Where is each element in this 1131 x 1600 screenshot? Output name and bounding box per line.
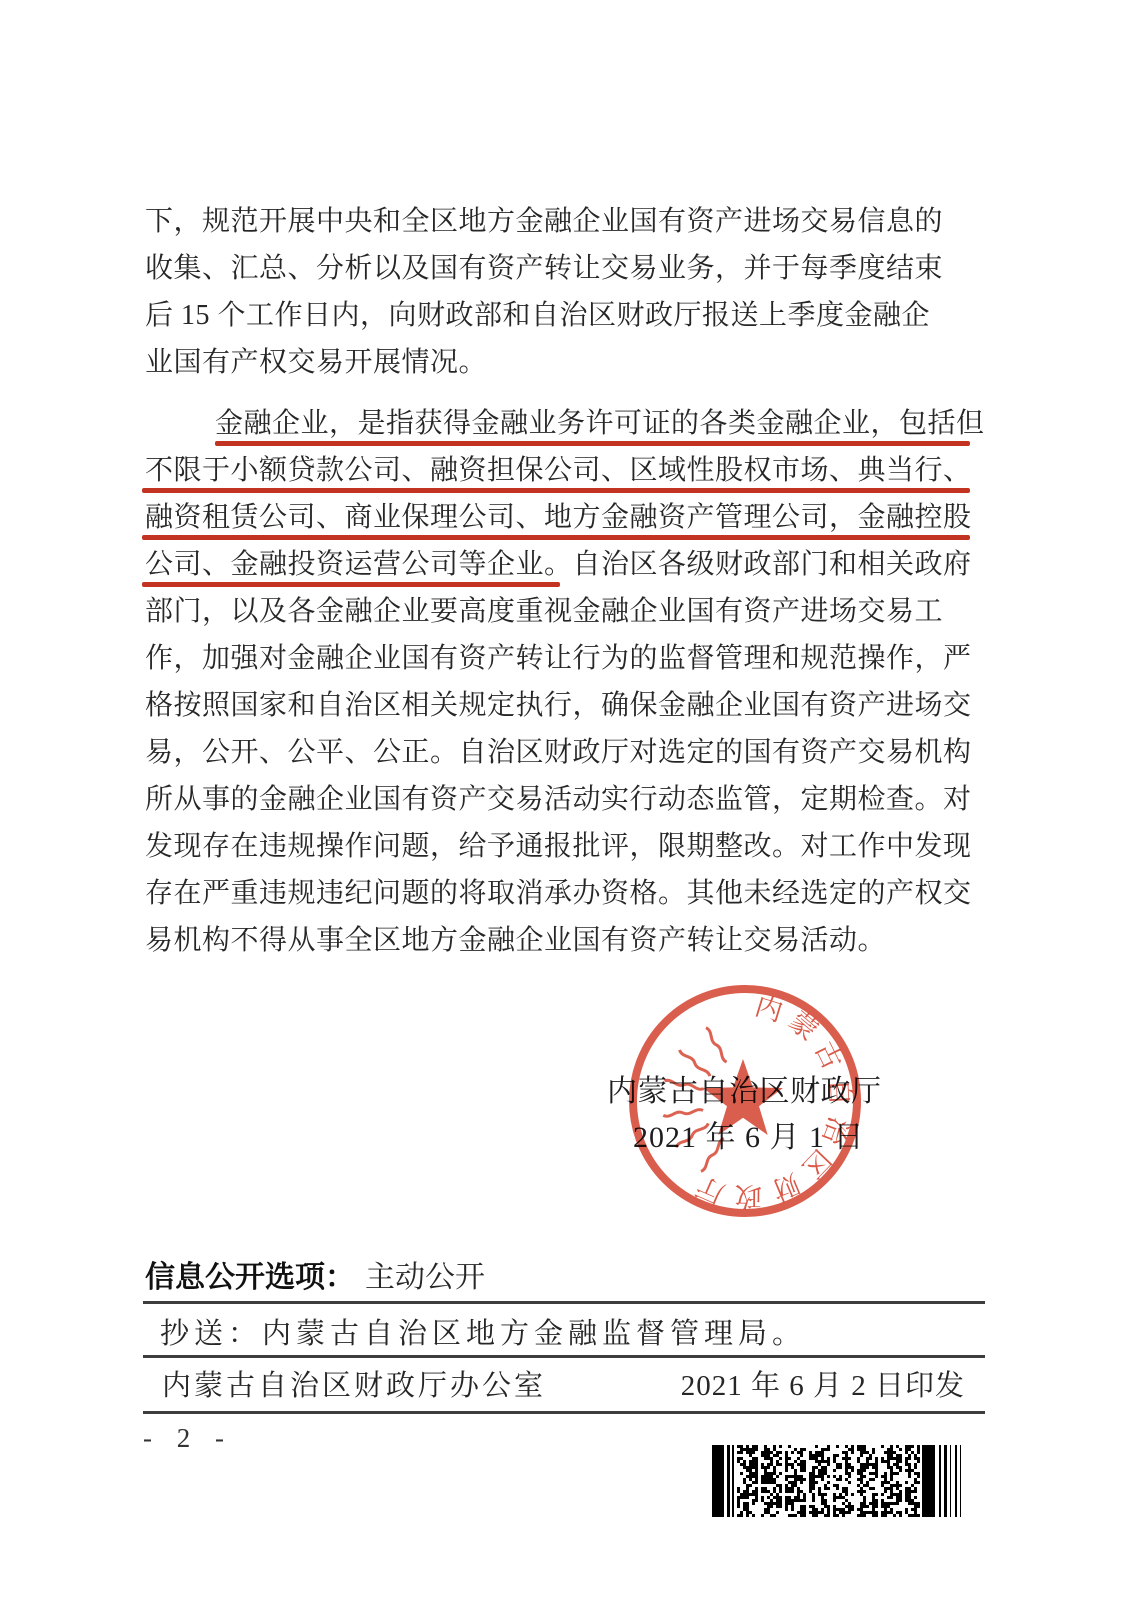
issuer-row: 内蒙古自治区财政厅办公室 2021 年 6 月 2 日印发 bbox=[162, 1363, 965, 1404]
body-text: 下，规范开展中央和全区地方金融企业国有资产进场交易信息的收集、汇总、分析以及国有… bbox=[145, 202, 969, 968]
text-line: 业国有产权交易开展情况。 bbox=[145, 343, 969, 390]
text-line: 发现存在违规操作问题，给予通报批评，限期整改。对工作中发现 bbox=[145, 827, 969, 874]
text-line: 所从事的金融企业国有资产交易活动实行动态监管，定期检查。对 bbox=[145, 780, 969, 827]
text-line: 易机构不得从事全区地方金融企业国有资产转让交易活动。 bbox=[145, 921, 969, 968]
red-underline bbox=[142, 582, 560, 587]
text-line: 存在严重违规违纪问题的将取消承办资格。其他未经选定的产权交 bbox=[145, 874, 969, 921]
text-line: 融资租赁公司、商业保理公司、地方金融资产管理公司，金融控股 bbox=[145, 498, 969, 545]
document-page: 下，规范开展中央和全区地方金融企业国有资产进场交易信息的收集、汇总、分析以及国有… bbox=[0, 0, 1131, 1600]
text-line: 收集、汇总、分析以及国有资产转让交易业务，并于每季度结束 bbox=[145, 249, 969, 296]
info-disclosure-value: 主动公开 bbox=[365, 1261, 485, 1294]
seal-star-icon bbox=[703, 1059, 783, 1135]
page-number: - 2 - bbox=[143, 1423, 233, 1454]
text-line: 格按照国家和自治区相关规定执行，确保金融企业国有资产进场交 bbox=[145, 686, 969, 733]
cc-value: 内蒙古自治区地方金融监督管理局。 bbox=[262, 1318, 806, 1350]
cc-row: 抄送：内蒙古自治区地方金融监督管理局。 bbox=[160, 1311, 806, 1352]
print-date: 2021 年 6 月 2 日印发 bbox=[681, 1363, 965, 1404]
text-line: 部门，以及各金融企业要高度重视金融企业国有资产进场交易工 bbox=[145, 592, 969, 639]
red-underline bbox=[215, 441, 970, 446]
seal-mongolian-script bbox=[663, 1027, 727, 1173]
text-line: 作，加强对金融企业国有资产转让行为的监督管理和规范操作，严 bbox=[145, 639, 969, 686]
issuer-office: 内蒙古自治区财政厅办公室 bbox=[162, 1363, 546, 1404]
text-line: 公司、金融投资运营公司等企业。自治区各级财政部门和相关政府 bbox=[145, 545, 969, 592]
text-line: 金融企业，是指获得金融业务许可证的各类金融企业，包括但 bbox=[145, 404, 969, 451]
text-line: 下，规范开展中央和全区地方金融企业国有资产进场交易信息的 bbox=[145, 202, 969, 249]
text-line: 易，公开、公平、公正。自治区财政厅对选定的国有资产交易机构 bbox=[145, 733, 969, 780]
official-seal: 内蒙古自治区财政厅 bbox=[622, 978, 868, 1224]
divider-rule-top bbox=[143, 1301, 985, 1304]
red-underline bbox=[142, 535, 970, 540]
cc-label: 抄送： bbox=[160, 1318, 262, 1350]
divider-rule-middle bbox=[143, 1355, 985, 1358]
para-1: 下，规范开展中央和全区地方金融企业国有资产进场交易信息的收集、汇总、分析以及国有… bbox=[145, 202, 969, 390]
divider-rule-bottom bbox=[143, 1411, 985, 1414]
para-2: 金融企业，是指获得金融业务许可证的各类金融企业，包括但不限于小额贷款公司、融资担… bbox=[145, 404, 969, 968]
barcode bbox=[712, 1445, 978, 1517]
red-underline bbox=[142, 488, 970, 493]
text-line: 不限于小额贷款公司、融资担保公司、区域性股权市场、典当行、 bbox=[145, 451, 969, 498]
info-disclosure-label: 信息公开选项： bbox=[145, 1261, 355, 1294]
info-disclosure-row: 信息公开选项：主动公开 bbox=[145, 1252, 485, 1296]
text-line: 后 15 个工作日内，向财政部和自治区财政厅报送上季度金融企 bbox=[145, 296, 969, 343]
